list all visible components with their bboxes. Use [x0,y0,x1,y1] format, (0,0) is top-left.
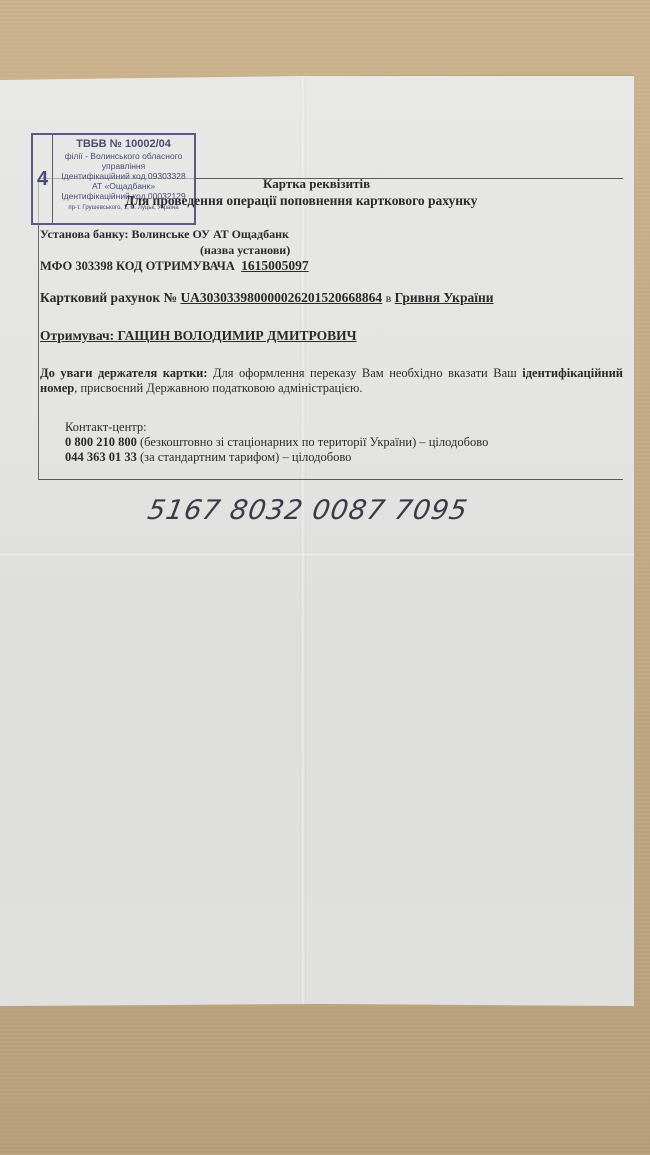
contact-note: (за стандартним тарифом) – цілодобово [140,450,351,464]
stamp-line: філії - Волинського обласного [53,151,194,161]
notice-text: Для оформлення переказу Вам необхідно вк… [213,366,517,380]
bank-note: (назва установи) [200,243,290,258]
contact-phone: 0 800 210 800 [65,435,137,449]
stamp-title: ТВБВ № 10002/04 [53,138,194,151]
contact-note: (безкоштовно зі стаціонарних по територі… [140,435,488,449]
stamp-number: 4 [33,135,53,223]
bank-name: Волинське ОУ АТ Ощадбанк [131,227,288,241]
contact-phone: 044 363 01 33 [65,450,137,464]
account-row: Картковий рахунок № UA303033980000026201… [40,290,494,306]
mfo-row: МФО 303398 КОД ОТРИМУВАЧА 1615005097 [40,258,309,274]
bank-stamp: 4 ТВБВ № 10002/04 філії - Волинського об… [31,133,196,225]
holder-notice: До уваги держателя картки: Для оформленн… [40,366,623,396]
account-number: UA303033980000026201520668864 [180,290,382,305]
document-title: Картка реквізитів [263,176,370,192]
notice-label: До уваги держателя картки: [40,366,208,380]
recipient-code: 1615005097 [241,258,309,273]
bank-label: Установа банку: [40,227,128,241]
horizontal-fold [0,552,634,557]
contact-label: Контакт-центр: [65,420,488,435]
mfo-label: МФО 303398 КОД ОТРИМУВАЧА [40,259,235,273]
stamp-line: АТ «Ощадбанк» [53,181,194,191]
contact-line: 044 363 01 33 (за стандартним тарифом) –… [65,450,488,465]
document-subtitle: Для проведення операції поповнення картк… [125,193,477,209]
contact-line: 0 800 210 800 (безкоштовно зі стаціонарн… [65,435,488,450]
recipient-name: ГАЩИН ВОЛОДИМИР ДМИТРОВИЧ [118,328,357,343]
bank-institution: Установа банку: Волинське ОУ АТ Ощадбанк [40,227,289,242]
notice-text-2: , присвоєний Державною податковою адміні… [74,381,362,395]
stamp-line: Ідентифікаційний код 09303328 [53,171,194,181]
recipient-label: Отримувач: [40,328,114,343]
paper-sheet: 4 ТВБВ № 10002/04 філії - Волинського об… [0,76,634,1006]
recipient-row: Отримувач: ГАЩИН ВОЛОДИМИР ДМИТРОВИЧ [40,328,357,344]
currency: Гривня України [395,290,494,305]
stamp-line: управління [53,161,194,171]
account-label: Картковий рахунок № [40,290,177,305]
contact-center: Контакт-центр: 0 800 210 800 (безкоштовн… [65,420,488,465]
handwritten-card-number: 5167 8032 0087 7095 [145,495,470,526]
account-in: в [386,291,392,305]
